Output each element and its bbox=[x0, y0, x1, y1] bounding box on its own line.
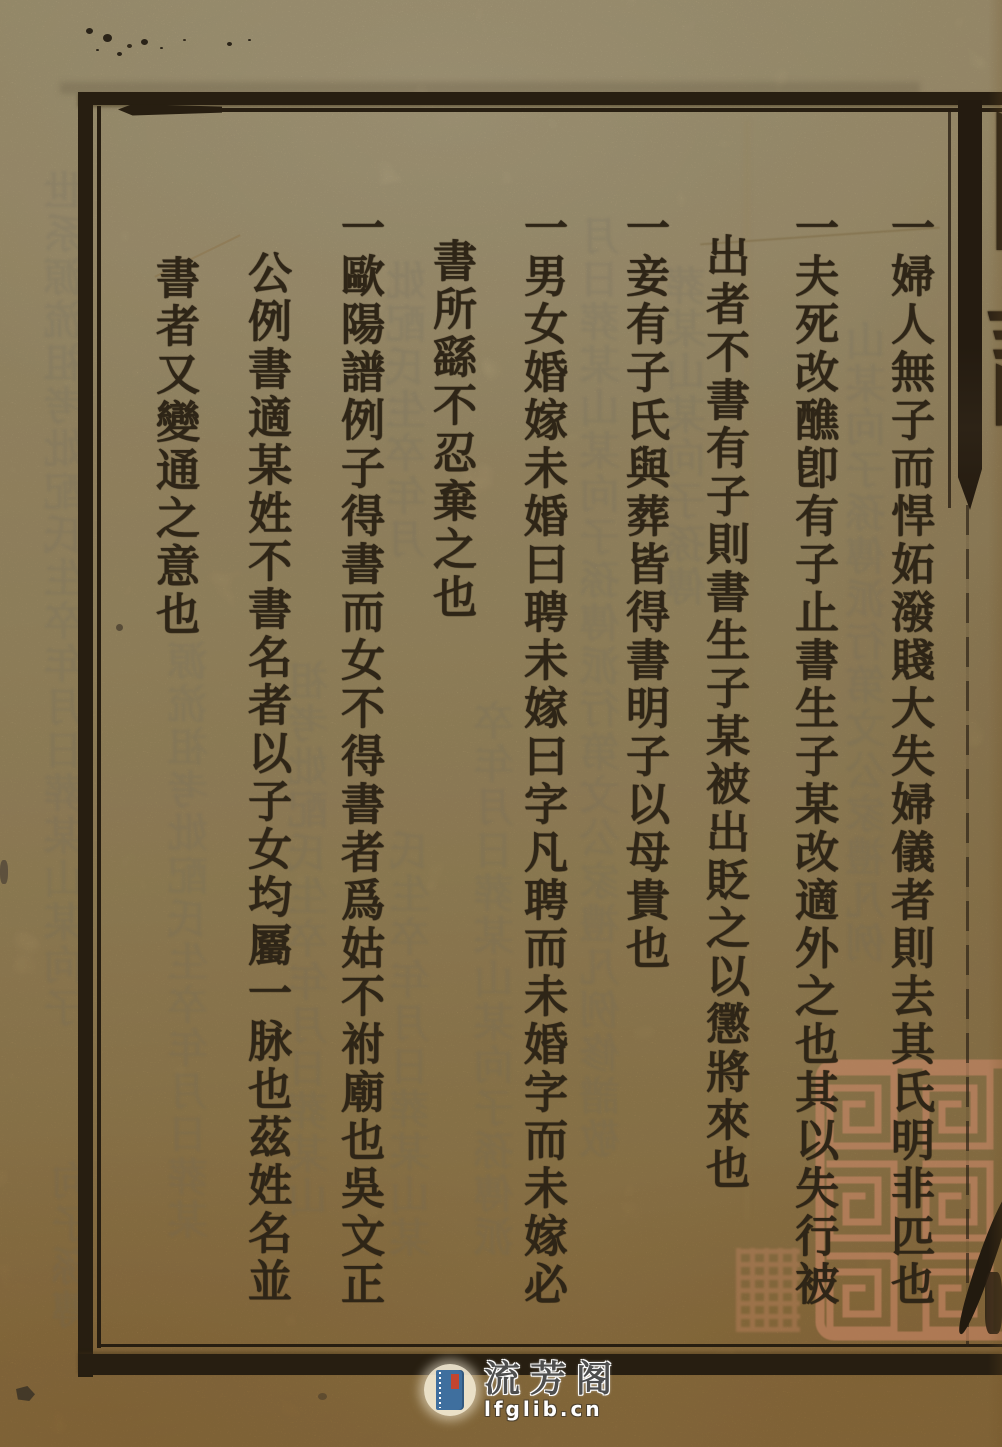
text-block: 一婦人無子而悍妬潑賤大失婦儀者則去其氏明非匹也一夫死改醮卽有子止書生子某改適外之… bbox=[0, 0, 1002, 1447]
genealogy-page: 世系源流祖考妣配氏生卒年月日葬某山某向子源流祖考妣配氏生卒年月日葬某祖考妣配氏生… bbox=[0, 0, 1002, 1447]
text-column-4: 一妾有子氏與葬皆得書明子以母貴也 bbox=[619, 205, 667, 973]
watermark-text: 流芳阁 lfglib.cn bbox=[484, 1360, 622, 1420]
text-column-6: 書所繇不忍棄之也 bbox=[426, 238, 474, 622]
watermark-site-url: lfglib.cn bbox=[484, 1398, 622, 1420]
text-column-5: 一男女婚嫁未婚曰聘未嫁曰字凡聘而未婚字而未嫁必 bbox=[517, 205, 565, 1309]
text-column-9: 書者又變通之意也 bbox=[149, 255, 197, 639]
book-icon bbox=[436, 1370, 464, 1410]
site-watermark: 流芳阁 lfglib.cn bbox=[424, 1360, 622, 1420]
text-column-7: 一歐陽譜例子得書而女不得書者爲姑不祔廟也吳文正 bbox=[334, 205, 382, 1309]
page-edge-shadow bbox=[988, 0, 1002, 1447]
watermark-logo-badge bbox=[424, 1364, 476, 1416]
watermark-site-name: 流芳阁 bbox=[484, 1360, 622, 1398]
text-column-8: 公例書適某姓不書名者以子女均屬一脉也茲姓名並 bbox=[241, 250, 289, 1306]
text-column-1: 一婦人無子而悍妬潑賤大失婦儀者則去其氏明非匹也 bbox=[884, 205, 932, 1309]
text-column-2: 一夫死改醮卽有子止書生子某改適外之也其以失行被 bbox=[788, 205, 836, 1309]
text-column-3: 出者不書有子則書生子某被出貶之以懲將來也 bbox=[699, 233, 747, 1193]
ink-dot bbox=[318, 1393, 327, 1400]
